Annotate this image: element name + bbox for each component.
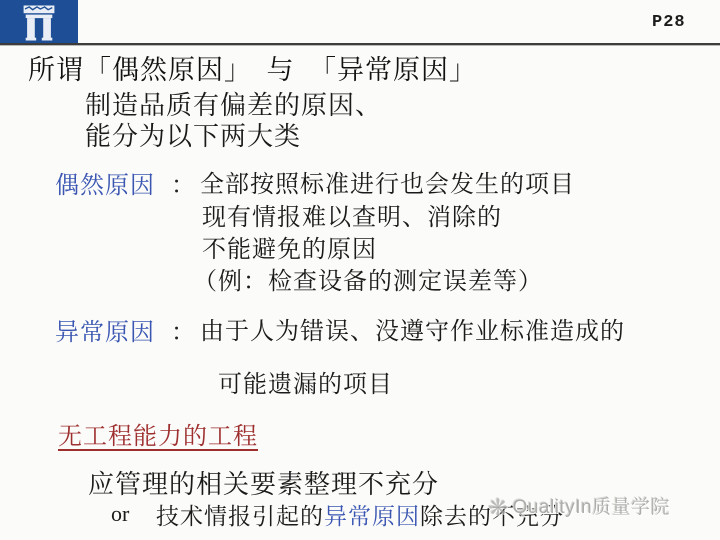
- colon-separator: ：: [171, 165, 196, 200]
- slide: P28 所谓「偶然原因」 与 「异常原因」 制造品质有偏差的原因、 能分为以下两…: [0, 0, 720, 540]
- flower-icon: ❋: [488, 495, 508, 522]
- footer-line-2-prefix: 技术情报引起的: [156, 504, 324, 529]
- or-label: or: [111, 501, 129, 527]
- footer-line-1: 应管理的相关要素整理不充分: [88, 464, 439, 501]
- section1-line-4: （例：检查设备的测定误差等）: [193, 261, 543, 296]
- section1-line-2: 现有情报难以查明、消除的: [202, 197, 502, 232]
- company-logo: [0, 0, 78, 45]
- watermark-text: QualityIn质量学院: [513, 497, 670, 518]
- intro-line-2: 能分为以下两大类: [85, 116, 301, 153]
- section-label-abnormal-cause: 异常原因: [55, 312, 155, 347]
- section1-line-3: 不能避免的原因: [202, 229, 377, 264]
- header-divider: [0, 43, 720, 46]
- gate-logo-icon: [18, 2, 60, 44]
- slide-title: 所谓「偶然原因」 与 「异常原因」: [28, 48, 477, 87]
- section1-line-1: 全部按照标准进行也会发生的项目: [200, 164, 575, 199]
- watermark: ❋ QualityIn质量学院: [488, 492, 670, 523]
- section-label-chance-cause: 偶然原因: [55, 165, 155, 200]
- section2-line-1: 由于人为错误、没遵守作业标准造成的: [200, 311, 625, 346]
- no-process-capability-heading: 无工程能力的工程: [58, 416, 258, 451]
- footer-line-2-highlight: 异常原因: [324, 504, 420, 529]
- colon-separator: ：: [171, 312, 196, 347]
- section2-line-2: 可能遗漏的项目: [218, 364, 393, 399]
- page-number: P28: [652, 13, 686, 32]
